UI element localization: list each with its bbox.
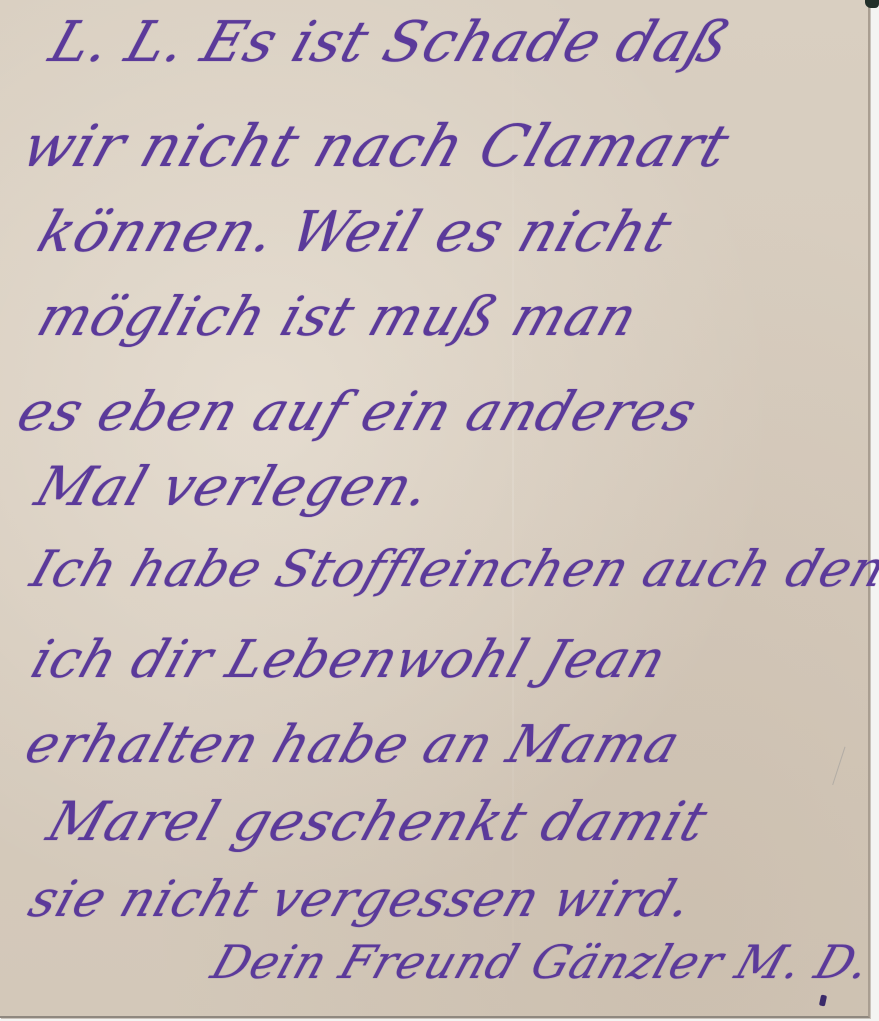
handwriting-line-5: es eben auf ein anderes: [10, 380, 705, 443]
handwriting-line-6: Mal verlegen.: [28, 455, 439, 518]
handwriting-line-2: wir nicht nach Clamart: [14, 112, 738, 180]
handwriting-line-1: L. L. Es ist Schade daß: [42, 10, 739, 75]
postcard: L. L. Es ist Schade daß wir nicht nach C…: [0, 0, 870, 1018]
scan-corner: [865, 0, 879, 8]
handwriting-line-3: können. Weil es nicht: [30, 200, 680, 265]
handwriting-line-10: Marel geschenkt damit: [40, 790, 716, 853]
handwriting-line-11: sie nicht vergessen wird.: [22, 870, 700, 928]
pencil-mark: [832, 747, 859, 790]
handwriting-line-8: ich dir Lebenwohl Jean: [24, 630, 674, 690]
signature: Dein Freund Gänzler M. D.: [205, 935, 878, 989]
handwriting-line-7: Ich habe Stoffleinchen auch den: [24, 540, 879, 598]
ink-blot: [819, 994, 827, 1006]
handwriting-line-4: möglich ist muß man: [30, 285, 646, 348]
handwriting-line-9: erhalten habe an Mama: [18, 715, 688, 775]
